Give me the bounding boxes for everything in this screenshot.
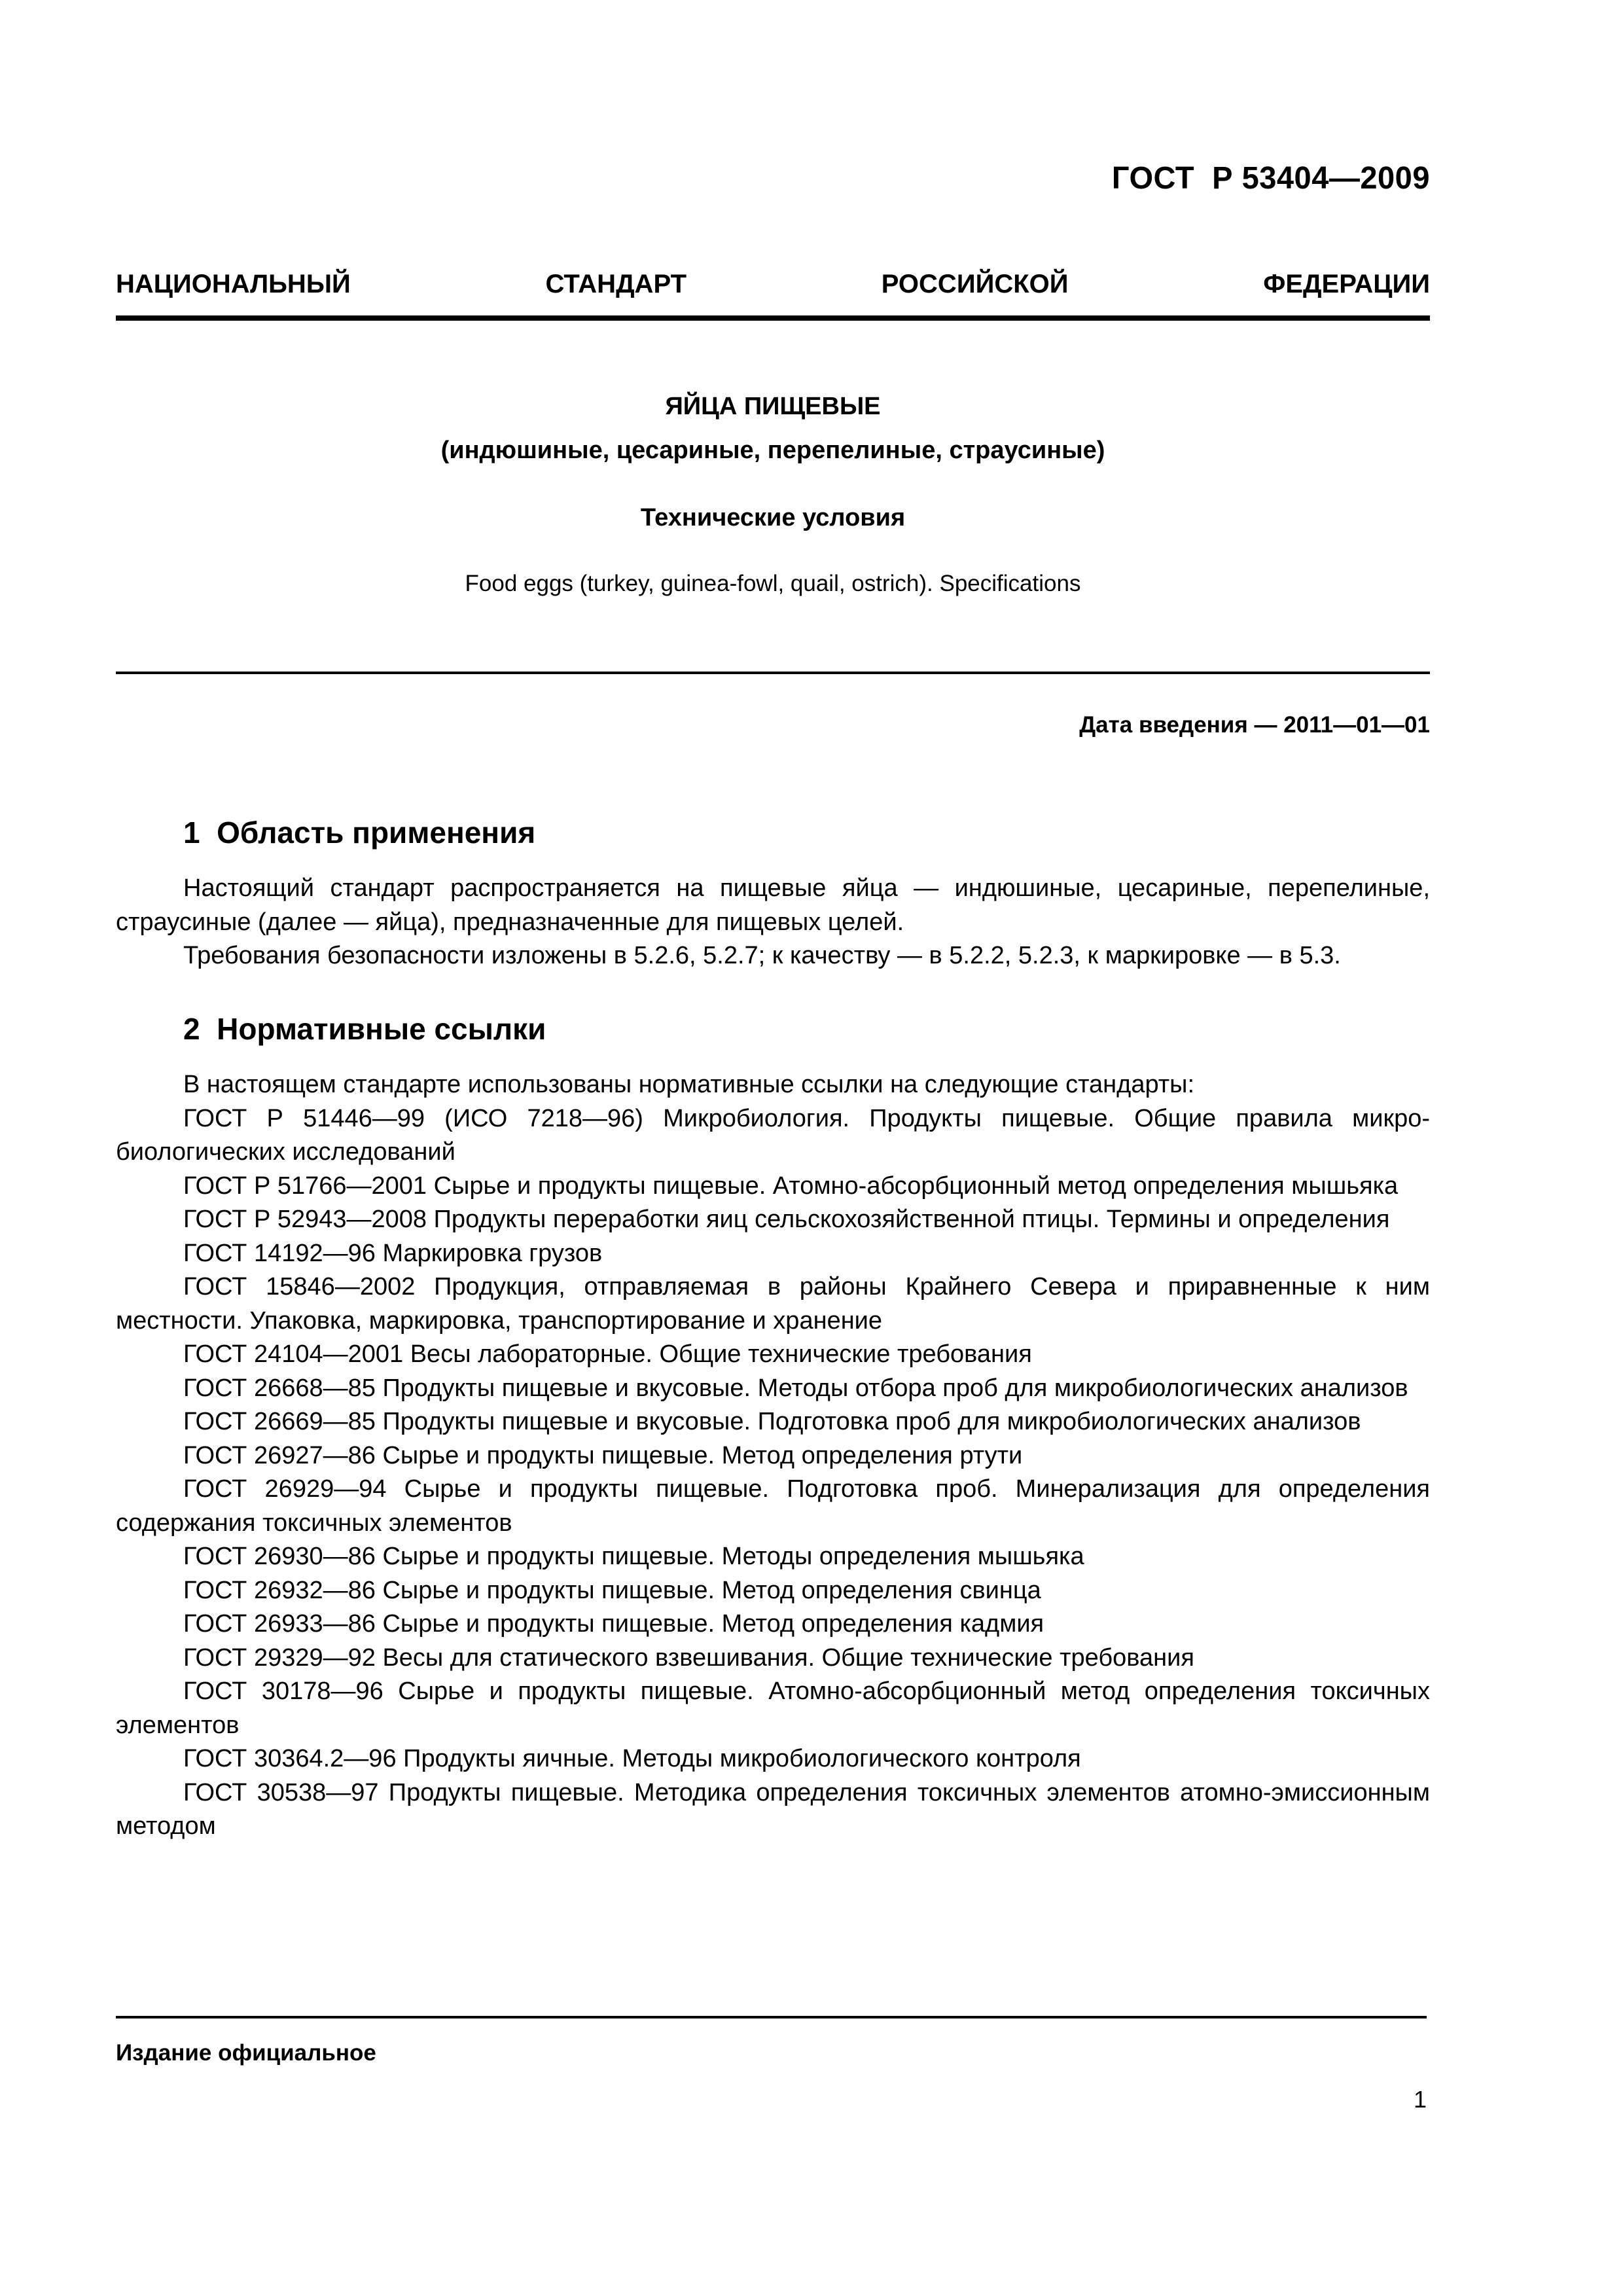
section-heading-scope: 1 Область применения xyxy=(183,815,535,850)
header-divider xyxy=(116,315,1430,321)
english-title: Food eggs (turkey, guinea-fowl, quail, o… xyxy=(116,571,1430,597)
reference-entry: ГОСТ 26930—86 Сырье и продукты пищевые. … xyxy=(116,1540,1430,1574)
reference-entry: ГОСТ 26929—94 Сырье и продукты пищевые. … xyxy=(116,1473,1430,1540)
reference-entry: ГОСТ 15846—2002 Продукция, отправляемая … xyxy=(116,1270,1430,1338)
title-divider xyxy=(116,672,1430,674)
reference-entry: ГОСТ 30364.2—96 Продукты яичные. Методы … xyxy=(116,1742,1430,1776)
section-heading-normative-references: 2 Нормативные ссылки xyxy=(183,1011,546,1047)
paragraph: Требования безопасности изложены в 5.2.6… xyxy=(116,939,1430,973)
reference-entry: ГОСТ 26933—86 Сырье и продукты пищевые. … xyxy=(116,1607,1430,1641)
reference-entry: ГОСТ 26668—85 Продукты пищевые и вкусовы… xyxy=(116,1372,1430,1406)
page-number: 1 xyxy=(1414,2086,1427,2113)
banner-word: ФЕДЕРАЦИИ xyxy=(1263,270,1430,299)
reference-entry: ГОСТ Р 51766—2001 Сырье и продукты пищев… xyxy=(116,1170,1430,1204)
reference-entry: ГОСТ 14192—96 Маркировка грузов xyxy=(116,1237,1430,1271)
document-code: ГОСТ Р 53404—2009 xyxy=(1112,160,1430,196)
section-body-scope: Настоящий стандарт распространяется на п… xyxy=(116,872,1430,973)
banner-word: СТАНДАРТ xyxy=(545,270,687,299)
document-page: ГОСТ Р 53404—2009 НАЦИОНАЛЬНЫЙ СТАНДАРТ … xyxy=(0,0,1623,2296)
banner-word: НАЦИОНАЛЬНЫЙ xyxy=(116,270,351,299)
introduction-date: Дата введения — 2011—01—01 xyxy=(1079,712,1430,738)
reference-entry: ГОСТ 30538—97 Продукты пищевые. Методика… xyxy=(116,1776,1430,1844)
reference-entry: ГОСТ 26669—85 Продукты пищевые и вкусовы… xyxy=(116,1405,1430,1439)
edition-label: Издание официальное xyxy=(116,2040,376,2066)
paragraph: В настоящем стандарте использованы норма… xyxy=(116,1068,1430,1102)
banner-word: РОССИЙСКОЙ xyxy=(882,270,1069,299)
reference-entry: ГОСТ Р 52943—2008 Продукты переработки я… xyxy=(116,1203,1430,1237)
reference-entry: ГОСТ 24104—2001 Весы лабораторные. Общие… xyxy=(116,1338,1430,1372)
footer-divider xyxy=(116,2016,1427,2018)
reference-entry: ГОСТ 26927—86 Сырье и продукты пищевые. … xyxy=(116,1439,1430,1473)
paragraph: Настоящий стандарт распространяется на п… xyxy=(116,872,1430,939)
document-title: ЯЙЦА ПИЩЕВЫЕ xyxy=(116,393,1430,421)
document-subtitle: (индюшиные, цесариные, перепелиные, стра… xyxy=(116,437,1430,465)
national-standard-banner: НАЦИОНАЛЬНЫЙ СТАНДАРТ РОССИЙСКОЙ ФЕДЕРАЦ… xyxy=(116,270,1430,299)
reference-entry: ГОСТ 26932—86 Сырье и продукты пищевые. … xyxy=(116,1574,1430,1608)
reference-entry: ГОСТ Р 51446—99 (ИСО 7218—96) Микробиоло… xyxy=(116,1102,1430,1170)
document-spec-label: Технические условия xyxy=(116,504,1430,532)
section-body-normative-references: В настоящем стандарте использованы норма… xyxy=(116,1068,1430,1844)
reference-entry: ГОСТ 30178—96 Сырье и продукты пищевые. … xyxy=(116,1675,1430,1742)
reference-entry: ГОСТ 29329—92 Весы для статического взве… xyxy=(116,1641,1430,1676)
